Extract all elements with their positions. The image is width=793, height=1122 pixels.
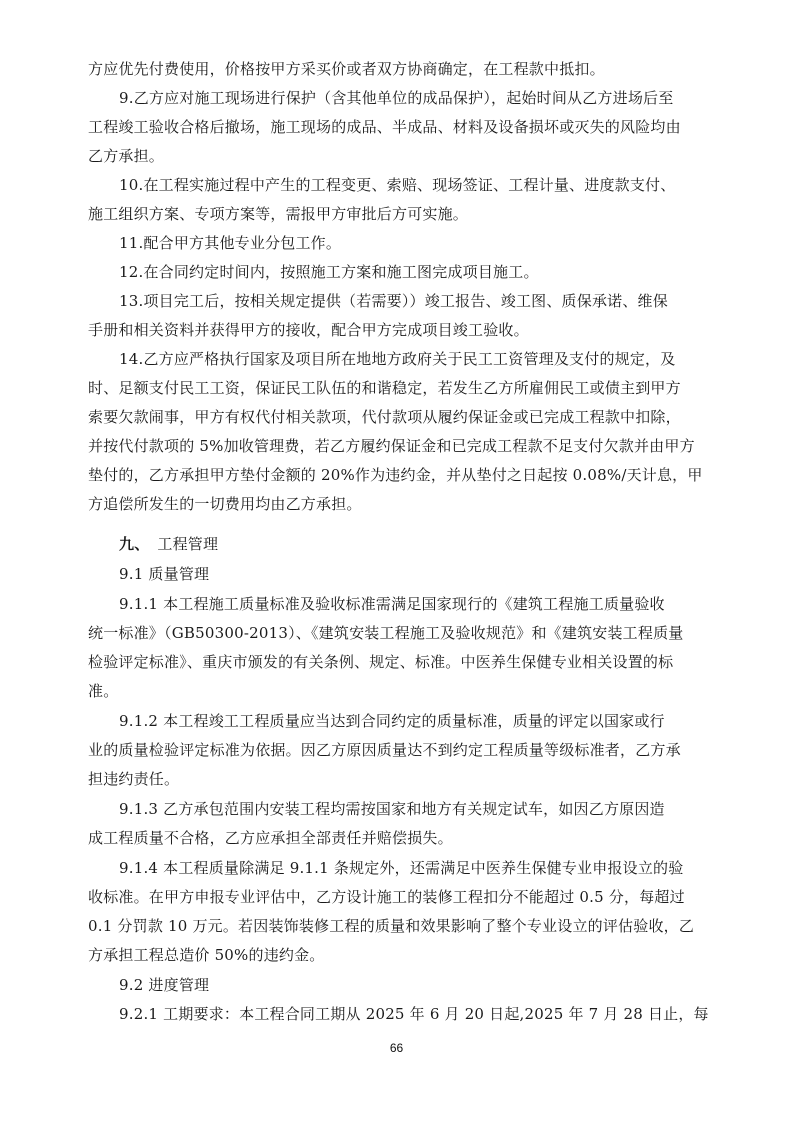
paragraph-line: 施工组织方案、专项方案等，需报甲方审批后方可实施。 (88, 200, 468, 229)
paragraph-line: 9.2.1 工期要求：本工程合同工期从 2025 年 6 月 20 日起,202… (119, 1000, 709, 1029)
paragraph-line: 并按代付款项的 5%加收管理费，若乙方履约保证金和已完成工程款不足支付欠款并由甲… (88, 432, 695, 461)
paragraph-line: 9.1.3 乙方承包范围内安装工程均需按国家和地方有关规定试车，如因乙方原因造 (119, 795, 665, 824)
paragraph-line: 时、足额支付民工工资，保证民工队伍的和谐稳定，若发生乙方所雇佣民工或债主到甲方 (88, 374, 681, 403)
paragraph-line: 业的质量检验评定标准为依据。因乙方原因质量达不到约定工程质量等级标准者，乙方承 (88, 736, 681, 765)
paragraph-line: 担违约责任。 (88, 765, 179, 794)
paragraph-line: 检验评定标准》、重庆市颁发的有关条例、规定、标准。中医养生保健专业相关设置的标 (88, 648, 673, 677)
paragraph-line: 11.配合甲方其他专业分包工作。 (119, 229, 341, 258)
paragraph-line: 14.乙方应严格执行国家及项目所在地地方政府关于民工工资管理及支付的规定，及 (119, 345, 675, 374)
paragraph-line: 工程竣工验收合格后撤场，施工现场的成品、半成品、材料及设备损坏或灭失的风险均由 (88, 113, 681, 142)
paragraph-line: 方应优先付费使用，价格按甲方采买价或者双方协商确定，在工程款中抵扣。 (88, 55, 605, 84)
paragraph-line: 0.1 分罚款 10 万元。若因装饰装修工程的质量和效果影响了整个专业设立的评估… (88, 912, 694, 941)
paragraph-line: 收标准。在甲方申报专业评估中，乙方设计施工的装修工程扣分不能超过 0.5 分，每… (88, 883, 685, 912)
paragraph-line: 方追偿所发生的一切费用均由乙方承担。 (88, 490, 362, 519)
paragraph-line: 成工程质量不合格，乙方应承担全部责任并赔偿损失。 (88, 824, 453, 853)
paragraph-line: 9.乙方应对施工现场进行保护（含其他单位的成品保护），起始时间从乙方进场后至 (119, 84, 673, 113)
paragraph-line: 索要欠款闹事，甲方有权代付相关款项，代付款项从履约保证金或已完成工程款中扣除， (88, 403, 681, 432)
subsection-heading: 9.1 质量管理 (119, 560, 209, 589)
section-heading: 九、工程管理 (119, 530, 218, 559)
paragraph-line: 13.项目完工后，按相关规定提供（若需要））竣工报告、竣工图、质保承诺、维保 (119, 287, 668, 316)
paragraph-line: 准。 (88, 677, 118, 706)
paragraph-line: 9.1.1 本工程施工质量标准及验收标准需满足国家现行的《建筑工程施工质量验收 (119, 590, 665, 619)
section-number: 九、 (119, 535, 149, 553)
paragraph-line: 统一标准》（GB50300-2013）、《建筑安装工程施工及验收规范》和《建筑安… (88, 619, 683, 648)
page-number: 66 (0, 1041, 793, 1055)
paragraph-line: 方承担工程总造价 50%的违约金。 (88, 941, 325, 970)
paragraph-line: 10.在工程实施过程中产生的工程变更、索赔、现场签证、工程计量、进度款支付、 (119, 171, 675, 200)
section-title: 工程管理 (157, 535, 218, 553)
paragraph-line: 垫付的，乙方承担甲方垫付金额的 20%作为违约金，并从垫付之日起按 0.08%/… (88, 461, 703, 490)
paragraph-line: 9.1.2 本工程竣工工程质量应当达到合同约定的质量标准，质量的评定以国家或行 (119, 707, 665, 736)
paragraph-line: 手册和相关资料并获得甲方的接收，配合甲方完成项目竣工验收。 (88, 316, 529, 345)
paragraph-line: 9.1.4 本工程质量除满足 9.1.1 条规定外，还需满足中医养生保健专业申报… (119, 854, 683, 883)
paragraph-line: 乙方承担。 (88, 142, 164, 171)
subsection-heading: 9.2 进度管理 (119, 971, 209, 1000)
paragraph-line: 12.在合同约定时间内，按照施工方案和施工图完成项目施工。 (119, 258, 539, 287)
